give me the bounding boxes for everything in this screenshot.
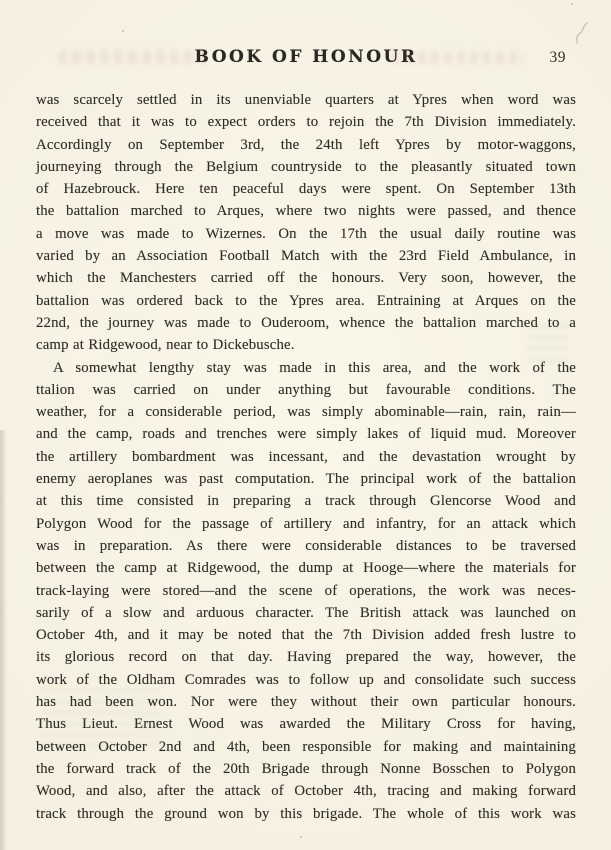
text-line: A somewhat lengthy stay was made in this… <box>36 357 576 379</box>
pencil-squiggle-mark <box>571 20 593 50</box>
text-line: between October 2nd and 4th, been respon… <box>36 736 576 758</box>
text-line: track through the ground won by this bri… <box>36 803 576 825</box>
paper-speck <box>207 187 209 189</box>
text-line: October 4th, and it may be noted that th… <box>36 624 576 646</box>
text-line: ttalion was carried on under anything bu… <box>36 379 576 401</box>
page-text: was scarcely settled in its unenviable q… <box>36 89 576 825</box>
text-line: journeying through the Belgium countrysi… <box>36 156 576 178</box>
page-header: BOOK OF HONOUR 39 <box>36 47 576 67</box>
paragraph: was scarcely settled in its unenviable q… <box>36 89 576 357</box>
text-line: at this time consisted in preparing a tr… <box>36 490 576 512</box>
text-line: battalion was ordered back to the Ypres … <box>36 290 576 312</box>
text-line: which the Manchesters carried off the ho… <box>36 267 576 289</box>
text-line: Accordingly on September 3rd, the 24th l… <box>36 134 576 156</box>
text-line: its glorious record on that day. Having … <box>36 646 576 668</box>
text-line: camp at Ridgewood, near to Dickebusche. <box>36 334 576 356</box>
text-line: Wood, and also, after the attack of Octo… <box>36 780 576 802</box>
paper-speck <box>300 836 302 838</box>
text-line: the forward track of the 20th Brigade th… <box>36 758 576 780</box>
text-line: track-laying were stored—and the scene o… <box>36 580 576 602</box>
text-line: sarily of a slow and arduous character. … <box>36 602 576 624</box>
paper-speck <box>122 30 124 32</box>
book-page: BOOK OF HONOUR 39 was scarcely settled i… <box>0 0 611 850</box>
paragraph: A somewhat lengthy stay was made in this… <box>36 357 576 825</box>
text-line: weather, for a considerable period, was … <box>36 401 576 423</box>
text-line: was scarcely settled in its unenviable q… <box>36 89 576 111</box>
page-title: BOOK OF HONOUR <box>195 47 418 67</box>
text-line: of Hazebrouck. Here ten peaceful days we… <box>36 178 576 200</box>
text-line: received that it was to expect orders to… <box>36 111 576 133</box>
text-line: work of the Oldham Comrades was to follo… <box>36 669 576 691</box>
text-line: a move was made to Wizernes. On the 17th… <box>36 223 576 245</box>
page-number: 39 <box>550 49 567 67</box>
paper-speck <box>571 3 573 5</box>
text-line: has had been won. Nor were they without … <box>36 691 576 713</box>
page-edge-shadow <box>0 430 7 850</box>
text-line: varied by an Association Football Match … <box>36 245 576 267</box>
text-line: was in preparation. As there were consid… <box>36 535 576 557</box>
text-line: the artillery bombardment was incessant,… <box>36 446 576 468</box>
text-line: 22nd, the journey was made to Ouderoom, … <box>36 312 576 334</box>
text-line: between the camp at Ridgewood, the dump … <box>36 557 576 579</box>
text-line: Polygon Wood for the passage of artiller… <box>36 513 576 535</box>
text-line: enemy aeroplanes was past computation. T… <box>36 468 576 490</box>
text-line: and the camp, roads and trenches were si… <box>36 423 576 445</box>
text-line: the battalion marched to Arques, where t… <box>36 200 576 222</box>
text-line: Thus Lieut. Ernest Wood was awarded the … <box>36 713 576 735</box>
